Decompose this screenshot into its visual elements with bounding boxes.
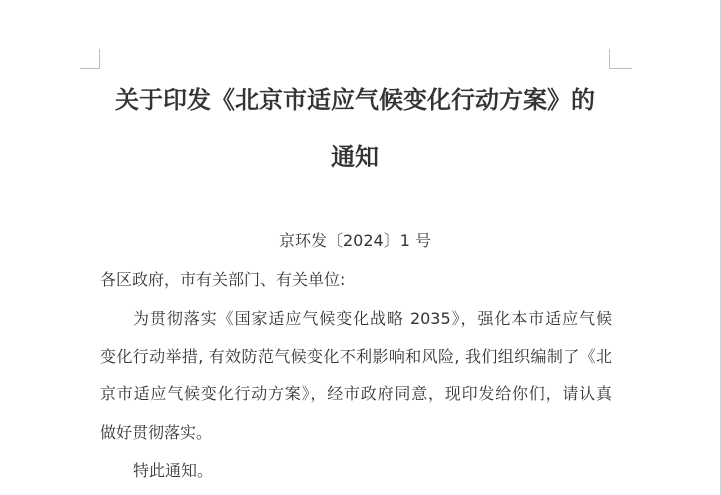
closing-line: 特此通知。 [133,460,612,482]
document-title-line-2: 通知 [0,142,710,172]
top-left-crop-mark [80,49,100,69]
document-page: 关于印发《北京市适应气候变化行动方案》的 通知 京环发〔2024〕1 号 各区政… [0,0,720,495]
document-number: 京环发〔2024〕1 号 [0,230,710,252]
salutation: 各区政府，市有关部门、有关单位: [100,269,612,291]
body-paragraph-line: 为贯彻落实《国家适应气候变化战略 2035》，强化本市适应气候 [133,308,612,330]
body-paragraph-line: 京市适应气候变化行动方案》，经市政府同意，现印发给你们，请认真 [100,383,612,405]
document-title-line-1: 关于印发《北京市适应气候变化行动方案》的 [0,85,710,115]
body-paragraph-line: 做好贯彻落实。 [100,422,612,444]
top-right-crop-mark [609,49,632,69]
body-paragraph-line: 变化行动举措, 有效防范气候变化不利影响和风险, 我们组织编制了《北 [100,346,612,368]
